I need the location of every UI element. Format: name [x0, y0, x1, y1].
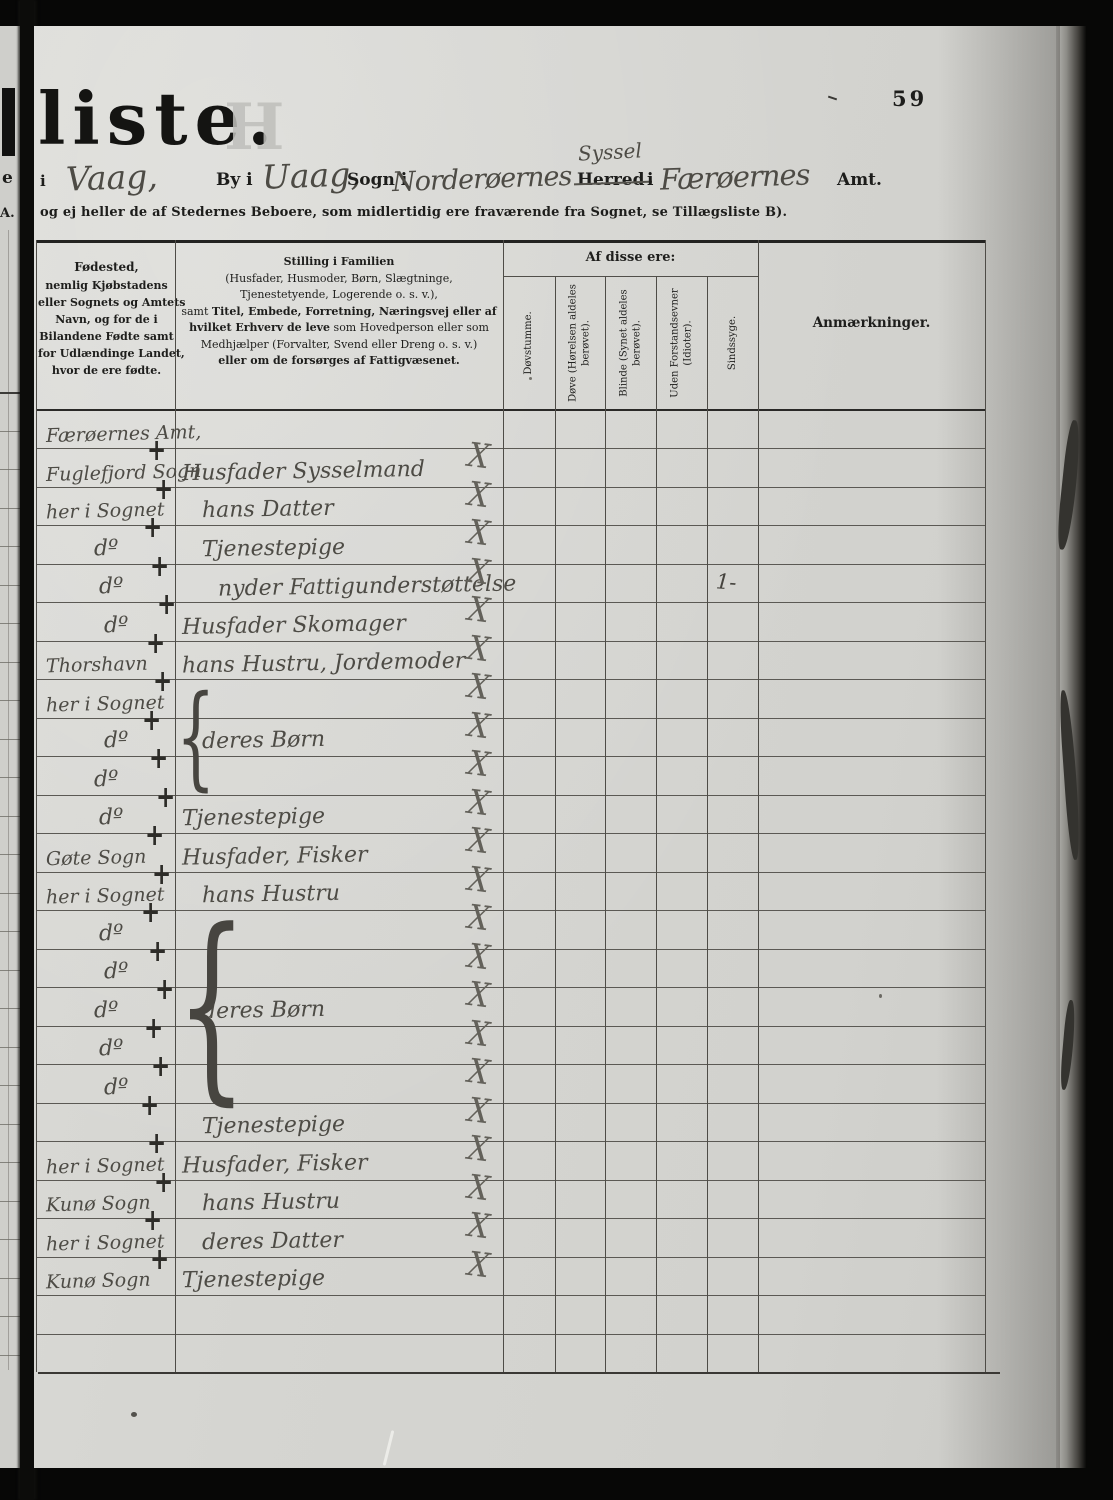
fodested-header-line: Navn, og for de i — [38, 311, 175, 328]
birthplace-entry: dº — [104, 959, 129, 985]
table-row: her i Sognet+hans DatterX — [36, 487, 985, 526]
binding-shadow — [20, 0, 34, 1500]
birthplace-entry: Thorshavn — [46, 653, 148, 678]
tally-x-mark: X — [466, 859, 492, 901]
fodested-header-line: for Udlændinge Landet, — [38, 345, 175, 362]
table-row: Gøte Sogn+Husfader, FiskerX — [36, 833, 985, 872]
birthplace-entry: dº — [99, 805, 124, 831]
scan-border-bottom — [0, 1468, 1113, 1500]
table-row: Kunø Sogn+hans HustruX — [36, 1180, 985, 1219]
table-row — [36, 1295, 985, 1334]
position-entry: Husfader Sysselmand — [182, 456, 425, 485]
stilling-header-line: (Husfader, Husmoder, Børn, Slægtninge, — [177, 271, 501, 288]
cross-mark: + — [143, 1205, 162, 1239]
fodested-header-line: hvor de ere fødte. — [38, 362, 175, 379]
mark-column-label: Blinde (Synet aldeles berøvet). — [618, 279, 643, 407]
birthplace-entry: dº — [104, 728, 129, 754]
cross-mark: + — [154, 1166, 173, 1200]
table-row: dº+Husfader SkomagerX — [36, 602, 985, 641]
cross-mark: + — [143, 511, 162, 545]
scan-border-top — [0, 0, 1113, 26]
birthplace-entry: dº — [99, 574, 124, 600]
title-watermark-letter: H — [224, 90, 284, 165]
cross-mark: + — [147, 434, 166, 468]
tally-x-mark: X — [466, 744, 492, 786]
position-entry: Husfader, Fisker — [182, 1150, 368, 1178]
tally-x-mark: X — [466, 821, 492, 863]
tally-x-mark: X — [466, 1052, 492, 1094]
tally-x-mark: X — [466, 436, 492, 478]
cross-mark: + — [142, 704, 161, 738]
position-entry: deres Datter — [202, 1228, 343, 1255]
tally-x-mark: X — [466, 667, 492, 709]
birthplace-entry: Kunø Sogn — [46, 1269, 151, 1294]
cross-mark: + — [150, 1243, 169, 1277]
cross-mark: + — [156, 781, 175, 815]
cross-mark: + — [153, 665, 172, 699]
children-group-brace: { — [176, 920, 247, 1093]
cross-mark: + — [148, 935, 167, 969]
ink-speck — [529, 377, 532, 380]
stilling-header-line: samt Titel, Embede, Forretning, Næringsv… — [177, 304, 501, 321]
tally-x-mark: X — [466, 1206, 492, 1248]
cross-mark: + — [152, 858, 171, 892]
cross-mark: + — [151, 1050, 170, 1084]
af-disse-ere-header: Af disse ere: — [503, 250, 758, 265]
tally-x-mark: X — [466, 782, 492, 824]
printed-amt-label: Amt. — [837, 170, 882, 190]
birthplace-entry: Færøernes Amt, — [46, 421, 202, 447]
printed-herred-label: Herred — [577, 170, 645, 190]
mark-column-header: Uden Forstandsevner (Idioter). — [656, 276, 707, 409]
printed-i2-label: i — [647, 170, 653, 190]
cross-mark: + — [157, 588, 176, 622]
mark-column-header: Døve (Hørelsen aldeles berøvet). — [555, 276, 605, 409]
printed-i-label: i — [40, 172, 46, 190]
cross-mark: + — [144, 1012, 163, 1046]
tally-x-mark: X — [466, 975, 492, 1017]
tally-x-mark: X — [466, 474, 492, 516]
table-row: Fuglefjord Sogn+Husfader SysselmandX — [36, 448, 985, 487]
table-row: Færøernes Amt, — [36, 410, 985, 449]
cross-mark: + — [141, 896, 160, 930]
table-row: Kunø Sogn+TjenestepigeX — [36, 1257, 985, 1296]
tally-x-mark: X — [466, 898, 492, 940]
mark-column-header: Døvstumme. — [503, 276, 555, 409]
birthplace-entry: dº — [99, 920, 124, 946]
tally-x-mark: X — [466, 590, 492, 632]
exclusion-note: og ej heller de af Stedernes Beboere, so… — [40, 205, 787, 220]
stilling-header-line: hvilket Erhverv de leve som Hovedperson … — [177, 320, 501, 337]
cross-mark: + — [154, 473, 173, 507]
tally-x-mark: X — [466, 1168, 492, 1210]
facing-page-column-line — [8, 230, 9, 1370]
handwritten-herred-name: Norderøernes — [392, 161, 572, 198]
handwritten-syssel-word: Syssel — [577, 138, 642, 165]
cutoff-title-glyph — [2, 88, 15, 156]
cross-mark: + — [145, 819, 164, 853]
position-entry: Tjenestepige — [202, 534, 345, 561]
table-row: dº+TjenestepigeX — [36, 525, 985, 564]
mark-column-header: Blinde (Synet aldeles berøvet). — [605, 276, 656, 409]
cross-mark: + — [147, 1127, 166, 1161]
stilling-header-line: Stilling i Familien — [177, 254, 501, 271]
birthplace-entry: Gøte Sogn — [46, 845, 147, 870]
table-row: her i Sognet+deres DatterX — [36, 1218, 985, 1257]
mark-column-label: Uden Forstandsevner (Idioter). — [669, 279, 694, 407]
tally-x-mark: X — [466, 628, 492, 670]
cross-mark: + — [146, 627, 165, 661]
fodested-header-line: nemlig Kjøbstadens — [38, 277, 175, 294]
position-entry: hans Hustru — [202, 1189, 340, 1216]
cutoff-note-fragment: A. — [0, 206, 15, 221]
birthplace-entry: dº — [94, 997, 119, 1023]
position-entry: hans Hustru, Jordemoder — [182, 649, 466, 679]
position-entry: Tjenestepige — [182, 804, 325, 831]
birthplace-entry: Fuglefjord Sogn — [46, 459, 202, 485]
printed-by-label: By i — [216, 170, 253, 190]
facing-page-sliver — [0, 26, 20, 1468]
mark-column-label: Døve (Hørelsen aldeles berøvet). — [568, 279, 593, 407]
birthplace-entry: dº — [104, 612, 129, 638]
scanned-census-page: liste. H 59 e i Vaag, By i Uaag, Sogn i … — [0, 0, 1113, 1500]
position-entry: Husfader Skomager — [182, 611, 406, 640]
sindssyge-entry: 1- — [715, 569, 737, 594]
birthplace-entry: dº — [94, 766, 119, 792]
tally-x-mark: X — [466, 1245, 492, 1287]
fodested-header: Fødested,nemlig Kjøbstadenseller Sognets… — [38, 258, 175, 379]
stilling-header-line: eller om de forsørges af Fattigvæsenet. — [177, 353, 501, 370]
fodested-header-line: eller Sognets og Amtets — [38, 294, 175, 311]
birthplace-entry: dº — [104, 1075, 129, 1101]
tally-x-mark: X — [466, 705, 492, 747]
scan-border-right — [1082, 0, 1113, 1500]
tally-x-mark: X — [466, 1129, 492, 1171]
page-number: 59 — [892, 86, 927, 111]
stilling-header-line: Tjenestetyende, Logerende o. s. v.), — [177, 287, 501, 304]
position-entry: Tjenestepige — [182, 1266, 325, 1293]
birthplace-entry: dº — [94, 535, 119, 561]
stilling-header: Stilling i Familien(Husfader, Husmoder, … — [177, 254, 501, 370]
cross-mark: + — [150, 550, 169, 584]
fodested-header-line: Bilandene Fødte samt — [38, 328, 175, 345]
handwritten-amt-name: Færøernes — [659, 157, 810, 196]
cross-mark: + — [155, 973, 174, 1007]
anmaerkninger-header: Anmærkninger. — [758, 315, 985, 331]
position-entry: hans Datter — [202, 496, 334, 523]
position-entry: Husfader, Fisker — [182, 842, 368, 870]
tally-x-mark: X — [466, 513, 492, 555]
table-row: her i Sognet+Husfader, FiskerX — [36, 1141, 985, 1180]
position-entry: deres Børn — [202, 727, 325, 754]
fodested-header-line: Fødested, — [38, 258, 175, 277]
cross-mark: + — [149, 742, 168, 776]
ink-speck — [131, 1412, 137, 1417]
birthplace-entry: Kunø Sogn — [46, 1192, 151, 1217]
ink-speck — [879, 994, 882, 998]
tally-x-mark: X — [466, 1014, 492, 1056]
table-row: dº+nyder FattigunderstøttelseX1- — [36, 564, 985, 603]
tally-x-mark: X — [466, 937, 492, 979]
stilling-header-line: Medhjælper (Forvalter, Svend eller Dreng… — [177, 337, 501, 354]
tally-x-mark: X — [466, 1091, 492, 1133]
mark-column-header: Sindssyge. — [707, 276, 758, 409]
cutoff-text-fragment: e — [2, 168, 13, 188]
table-row — [36, 1334, 985, 1373]
handwritten-by-name: Vaag, — [65, 156, 158, 198]
mark-column-label: Sindssyge. — [726, 279, 739, 407]
birthplace-entry: dº — [99, 1036, 124, 1062]
children-group-brace: { — [176, 689, 215, 785]
cross-mark: + — [140, 1089, 159, 1123]
mark-column-label: Døvstumme. — [523, 279, 536, 407]
